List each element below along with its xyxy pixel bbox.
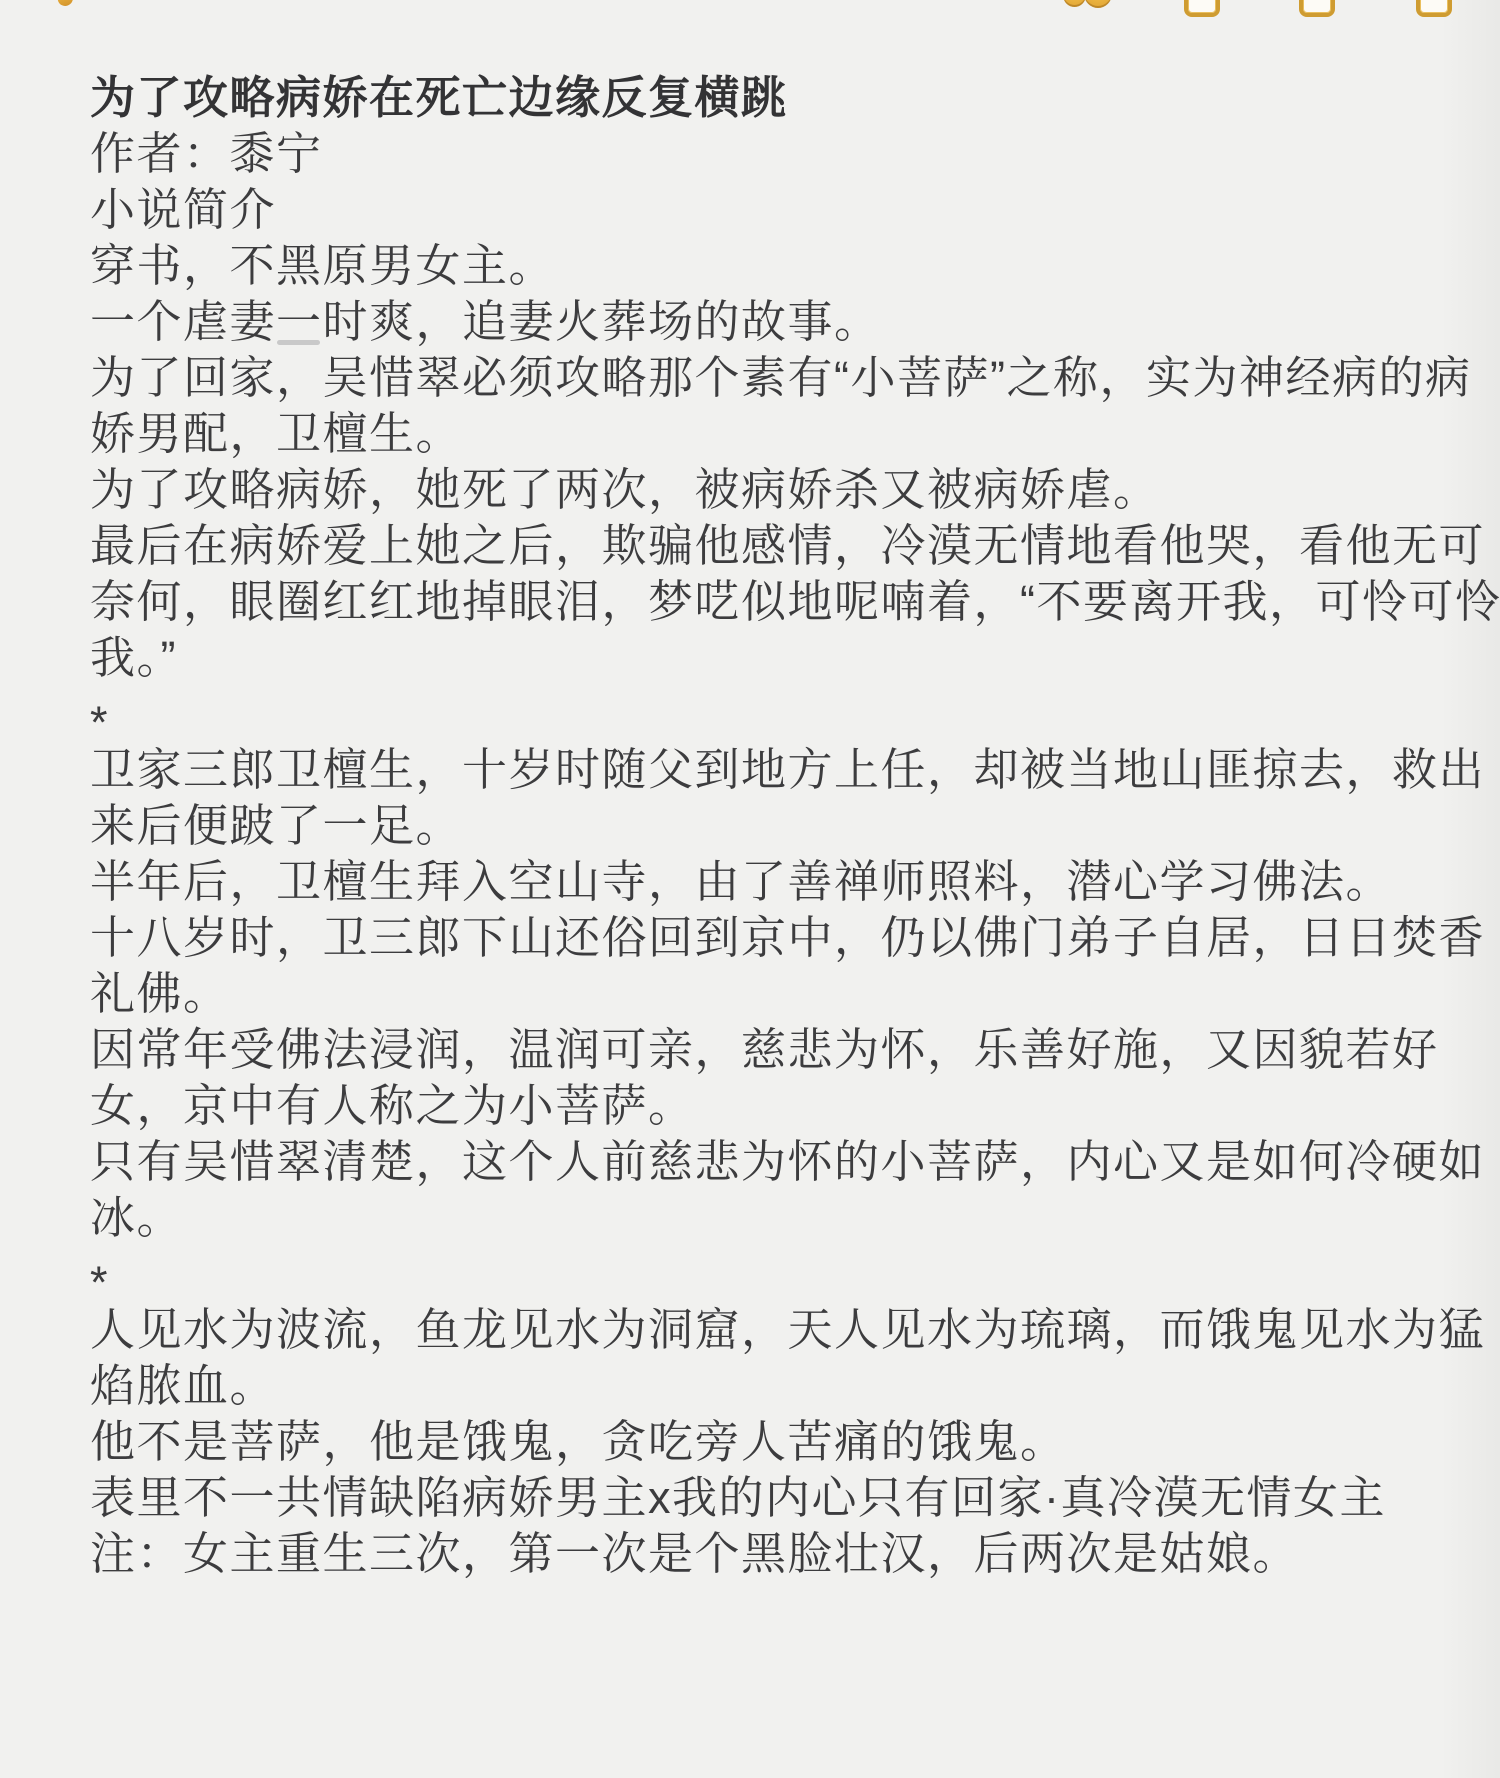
frame-icon-1[interactable] xyxy=(1184,0,1220,17)
back-icon[interactable] xyxy=(56,0,75,8)
note-page: { "page": { "background": "#f1f1ef", "te… xyxy=(0,0,1500,1778)
author-line: 作者：黍宁 xyxy=(90,126,1450,182)
note-body: 为了攻略病娇在死亡边缘反复横跳作者：黍宁小说简介穿书，不黑原男女主。一个虐妻一时… xyxy=(90,70,1450,1582)
text-line-6: 为了回家，吴惜翠必须攻略那个素有“小菩萨”之称，实为神经病的病 xyxy=(90,350,1450,406)
text-line-21: 冰。 xyxy=(90,1190,1450,1246)
text-line-12: * xyxy=(90,695,1450,751)
synopsis-label: 小说简介 xyxy=(90,182,1450,238)
text-line-20: 只有吴惜翠清楚，这个人前慈悲为怀的小菩萨，内心又是如何冷硬如 xyxy=(90,1134,1450,1190)
text-segment: 一个虐妻 xyxy=(90,296,276,347)
text-line-16: 十八岁时，卫三郎下山还俗回到京中，仍以佛门弟子自居，日日焚香 xyxy=(90,910,1450,966)
text-line-4: 穿书，不黑原男女主。 xyxy=(90,238,1450,294)
text-line-7: 娇男配，卫檀生。 xyxy=(90,406,1450,462)
text-line-5: 一个虐妻一时爽，追妻火葬场的故事。 xyxy=(90,294,1450,350)
frame-icon-3[interactable] xyxy=(1416,0,1452,17)
spellcheck-underline: 一 xyxy=(276,296,323,347)
text-segment: 时爽，追妻火葬场的故事。 xyxy=(323,296,881,347)
text-line-27: 注：女主重生三次，第一次是个黑脸壮汉，后两次是姑娘。 xyxy=(90,1526,1450,1582)
text-line-17: 礼佛。 xyxy=(90,966,1450,1022)
text-line-14: 来后便跛了一足。 xyxy=(90,798,1450,854)
frame-icon-2[interactable] xyxy=(1299,0,1335,17)
text-line-9: 最后在病娇爱上她之后，欺骗他感情，冷漠无情地看他哭，看他无可 xyxy=(90,518,1450,574)
text-line-25: 他不是菩萨，他是饿鬼，贪吃旁人苦痛的饿鬼。 xyxy=(90,1414,1450,1470)
text-line-11: 我。” xyxy=(90,630,1450,686)
text-line-19: 女，京中有人称之为小菩萨。 xyxy=(90,1078,1450,1134)
novel-title: 为了攻略病娇在死亡边缘反复横跳 xyxy=(90,70,1450,126)
text-line-18: 因常年受佛法浸润，温润可亲，慈悲为怀，乐善好施，又因貌若好 xyxy=(90,1022,1450,1078)
gold-circle-right xyxy=(1084,0,1112,8)
text-line-15: 半年后，卫檀生拜入空山寺，由了善禅师照料，潜心学习佛法。 xyxy=(90,854,1450,910)
text-line-26: 表里不一共情缺陷病娇男主x我的内心只有回家·真冷漠无情女主 xyxy=(90,1470,1450,1526)
text-line-10: 奈何，眼圈红红地掉眼泪，梦呓似地呢喃着，“不要离开我，可怜可怜 xyxy=(90,574,1450,630)
text-line-22: * xyxy=(90,1255,1450,1311)
gold-circle-left xyxy=(1063,0,1086,7)
text-line-24: 焰脓血。 xyxy=(90,1358,1450,1414)
text-line-8: 为了攻略病娇，她死了两次，被病娇杀又被病娇虐。 xyxy=(90,462,1450,518)
